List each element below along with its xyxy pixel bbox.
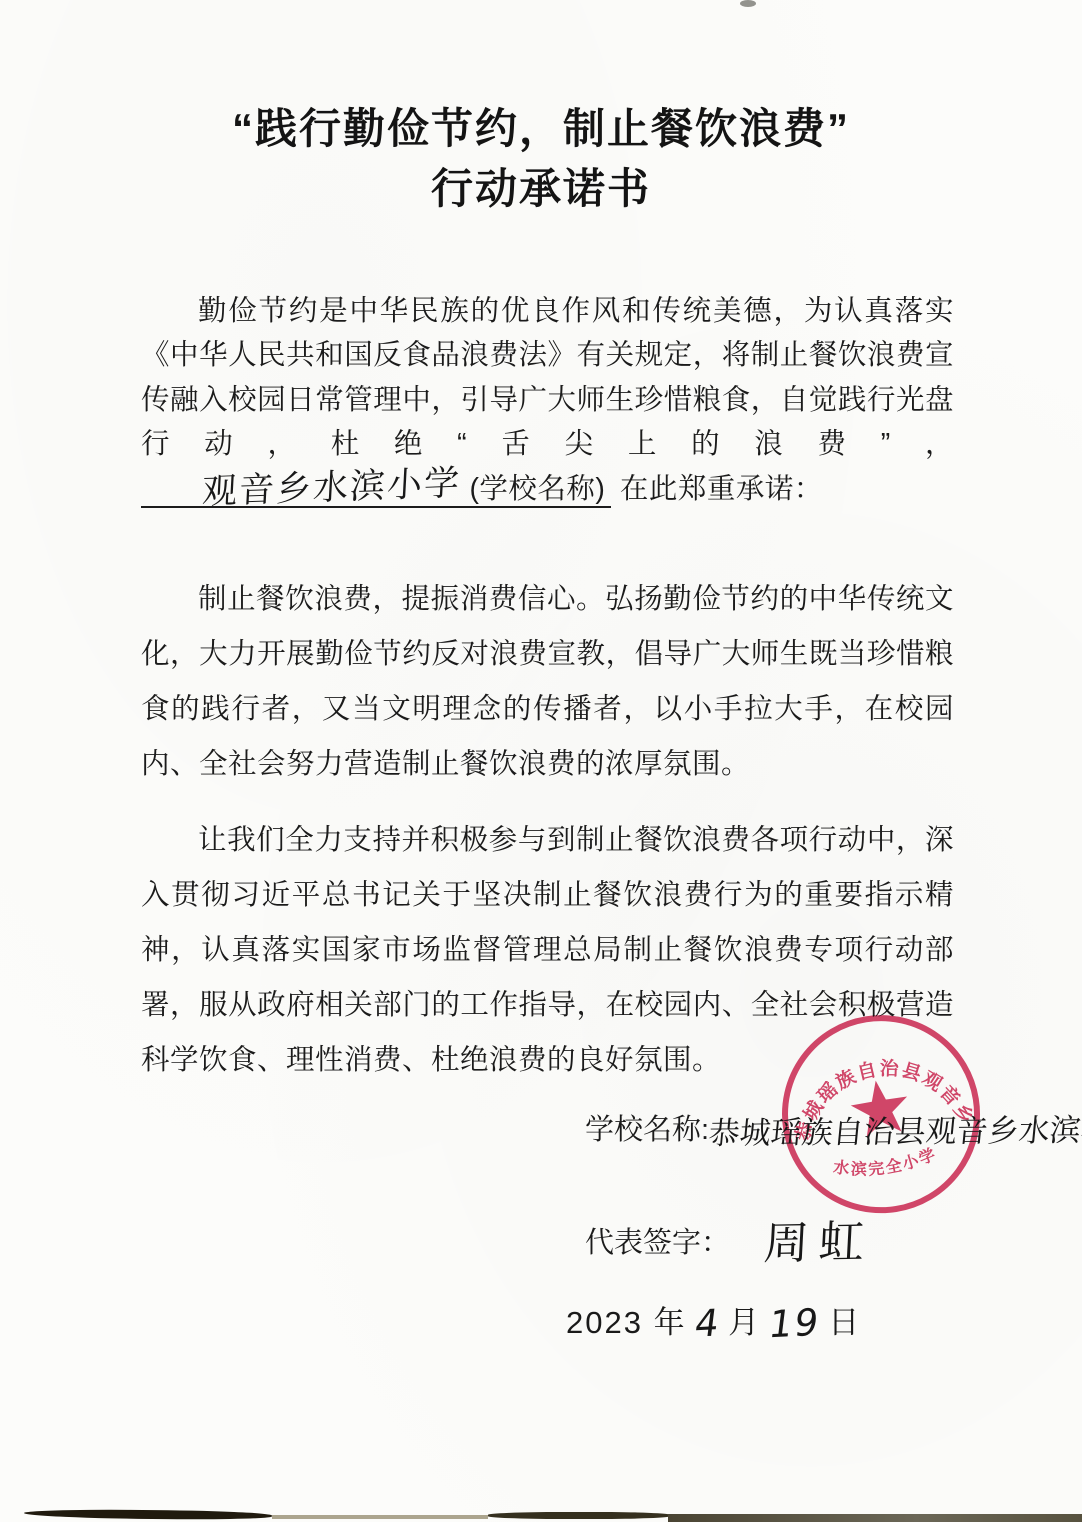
- scan-artifact-top-speck: [740, 0, 756, 7]
- paragraph1-text-after: 在此郑重承诺：: [611, 473, 822, 505]
- signature-date-line: 2023 年4月19日: [566, 1297, 861, 1345]
- paragraph1-text-before: 勤俭节约是中华民族的优良作风和传统美德，为认真落实《中华人民共和国反食品浪费法》…: [141, 295, 954, 461]
- scan-artifact-bottom-edge: [668, 1514, 1082, 1522]
- paragraph-pledge-intro: 勤俭节约是中华民族的优良作风和传统美德，为认真落实《中华人民共和国反食品浪费法》…: [141, 289, 954, 512]
- handwritten-signature: 周虹: [762, 1205, 875, 1272]
- paragraph-promote-thrift: 制止餐饮浪费，提振消费信心。弘扬勤俭节约的中华传统文化，大力开展勤俭节约反对浪费…: [141, 572, 954, 792]
- scan-artifact-bottom-edge: [272, 1515, 488, 1519]
- handwritten-date-month: 4: [692, 1301, 723, 1346]
- handwritten-date-day: 19: [767, 1300, 823, 1346]
- date-day-unit: 日: [828, 1305, 861, 1340]
- blank-field-label: (学校名称): [469, 473, 605, 505]
- representative-label: 代表签字：: [585, 1227, 730, 1259]
- document-title-line1: “践行勤俭节约，制止餐饮浪费”: [0, 96, 1082, 156]
- date-year-unit: 年: [654, 1305, 687, 1340]
- signature-school-name-line: 学校名称:恭城瑶族自治县观音乡水滨小学: [585, 1106, 1082, 1151]
- document-title-line2: 行动承诺书: [0, 156, 1082, 216]
- date-year: 2023: [566, 1305, 643, 1340]
- signature-representative-line: 代表签字：周虹: [585, 1206, 874, 1271]
- scan-artifact-bottom-edge: [24, 1509, 272, 1520]
- school-name-blank-underline: 观音乡水滨小学 (学校名称): [141, 473, 611, 508]
- handwritten-full-school-name: 恭城瑶族自治县观音乡水滨小学: [707, 1104, 1082, 1153]
- school-name-label: 学校名称:: [585, 1114, 709, 1146]
- handwritten-school-name-inline: 观音乡水滨小学: [144, 466, 462, 512]
- scanned-document-page: “践行勤俭节约，制止餐饮浪费” 行动承诺书 勤俭节约是中华民族的优良作风和传统美…: [0, 0, 1082, 1522]
- scan-artifact-bottom-edge: [488, 1512, 670, 1519]
- date-month-unit: 月: [728, 1305, 761, 1340]
